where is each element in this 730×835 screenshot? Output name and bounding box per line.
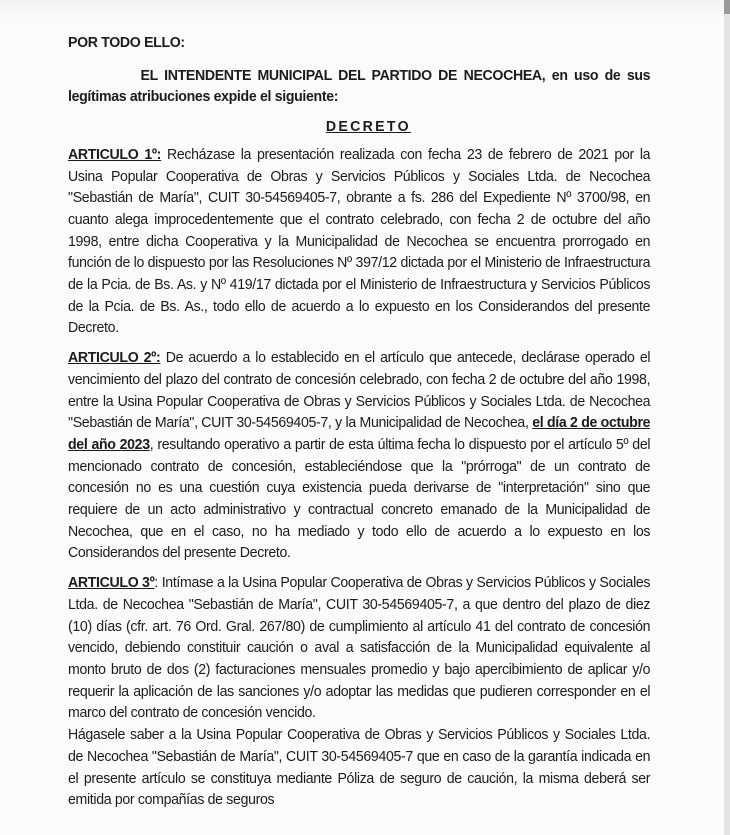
article-2-label: ARTICULO 2º: (68, 349, 160, 366)
article-2: ARTICULO 2º: De acuerdo a lo establecido… (68, 347, 650, 564)
page-edge (724, 0, 730, 835)
page-top-shadow (0, 0, 724, 18)
article-1-text: Recházase la presentación realizada con … (68, 146, 650, 337)
article-1-label: ARTICULO 1º: (68, 146, 161, 163)
section-heading: POR TODO ELLO: (68, 32, 650, 54)
document-body: POR TODO ELLO: EL INTENDENTE MUNICIPAL D… (68, 32, 650, 811)
scrollbar-thumb[interactable] (724, 0, 730, 14)
article-3: ARTICULO 3º: Intímase a la Usina Popular… (68, 572, 650, 724)
article-3-text: : Intímase a la Usina Popular Cooperativ… (68, 574, 650, 721)
article-3-label: ARTICULO 3º (68, 574, 154, 591)
intro-paragraph: EL INTENDENTE MUNICIPAL DEL PARTIDO DE N… (68, 65, 650, 108)
article-1: ARTICULO 1º: Recházase la presentación r… (68, 144, 650, 339)
decree-title: DECRETO (87, 116, 651, 138)
article-3-continuation: Hágasele saber a la Usina Popular Cooper… (68, 724, 650, 811)
document-page: POR TODO ELLO: EL INTENDENTE MUNICIPAL D… (0, 0, 730, 835)
article-2-text-end: , resultando operativo a partir de esta … (68, 436, 650, 562)
